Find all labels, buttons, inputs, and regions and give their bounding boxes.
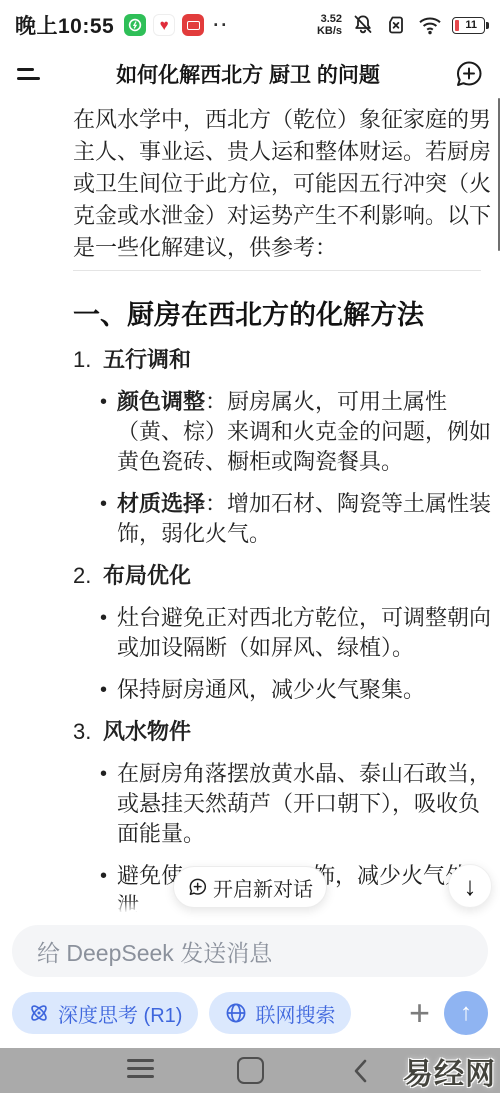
bullet-dot-icon: • (100, 603, 117, 663)
chat-header: 如何化解西北方 厨卫 的问题 (0, 50, 500, 98)
bullet-dot-icon: • (100, 861, 117, 912)
screen: 晚上10:55 ♥ ·· 3.52 KB/s 11 (0, 0, 500, 1093)
deepthink-toggle[interactable]: 深度思考 (R1) (12, 992, 198, 1034)
assistant-message: 在风水学中，西北方（乾位）象征家庭的男 主人、事业运、贵人运和整体财运。若厨房 … (0, 98, 500, 912)
atom-icon (28, 1002, 50, 1024)
bullet-dot-icon: • (100, 387, 117, 477)
bullet-item: • 灶台避免正对西北方乾位，可调整朝向 或加设隔断（如屏风、绿植）。 (73, 603, 495, 663)
scroll-to-bottom-button[interactable]: ↓ (448, 864, 492, 908)
speed-app-icon (124, 14, 146, 36)
divider (73, 270, 481, 271)
bullet-item: • 材质选择：增加石材、陶瓷等土属性装 饰，弱化火气。 (73, 489, 495, 549)
new-chat-label: 开启新对话 (213, 873, 313, 902)
section-heading: 一、厨房在西北方的化解方法 (73, 297, 495, 333)
back-chevron-icon[interactable] (352, 1058, 368, 1084)
bullet-dot-icon: • (100, 759, 117, 849)
notification-dots: ·· (213, 15, 229, 36)
web-search-toggle[interactable]: 联网搜索 (209, 992, 351, 1034)
send-button[interactable]: ↑ (444, 991, 488, 1035)
new-chat-button[interactable]: 开启新对话 (173, 866, 327, 908)
clock: 晚上10:55 (15, 10, 114, 40)
mute-bell-icon (351, 13, 375, 37)
bullet-item: • 颜色调整：厨房属火，可用土属性 （黄、棕）来调和火克金的问题，例如 黄色瓷砖… (73, 387, 495, 477)
item-number: 3. (73, 717, 103, 747)
status-indicators: 3.52 KB/s 11 (317, 13, 485, 37)
bullet-item: • 保持厨房通风，减少火气聚集。 (73, 675, 495, 705)
battery-icon: 11 (452, 17, 485, 34)
heart-app-icon: ♥ (153, 14, 175, 36)
message-input[interactable]: 给 DeepSeek 发送消息 (12, 925, 488, 977)
arrow-down-icon: ↓ (464, 871, 477, 902)
item-number: 1. (73, 345, 103, 375)
attach-plus-button[interactable]: + (395, 995, 444, 1031)
status-bar: 晚上10:55 ♥ ·· 3.52 KB/s 11 (0, 0, 500, 50)
wifi-icon (417, 14, 443, 36)
bullet-dot-icon: • (100, 489, 117, 549)
bullet-item: • 在厨房角落摆放黄水晶、泰山石敢当， 或悬挂天然葫芦（开口朝下），吸收负 面能… (73, 759, 495, 849)
new-chat-icon[interactable] (453, 59, 483, 89)
input-placeholder: 给 DeepSeek 发送消息 (37, 935, 272, 968)
item-title: 布局优化 (103, 561, 191, 591)
home-square-icon[interactable] (237, 1057, 264, 1084)
globe-icon (225, 1002, 247, 1024)
system-nav-bar: 易经网 (0, 1048, 500, 1093)
chat-bubble-plus-icon (187, 877, 207, 897)
recents-menu-icon[interactable] (127, 1059, 154, 1081)
network-speed: 3.52 KB/s (317, 13, 342, 37)
list-item: 2. 布局优化 • 灶台避免正对西北方乾位，可调整朝向 或加设隔断（如屏风、绿植… (73, 561, 495, 705)
item-title: 五行调和 (103, 345, 191, 375)
composer-toolbar: 深度思考 (R1) 联网搜索 + ↑ (12, 992, 488, 1034)
intro-paragraph: 在风水学中，西北方（乾位）象征家庭的男 主人、事业运、贵人运和整体财运。若厨房 … (73, 104, 495, 264)
deepthink-label: 深度思考 (R1) (58, 999, 182, 1028)
arrow-up-icon: ↑ (460, 999, 472, 1027)
web-search-label: 联网搜索 (255, 999, 335, 1028)
red-app-icon (182, 14, 204, 36)
chat-title: 如何化解西北方 厨卫 的问题 (43, 59, 453, 89)
item-title: 风水物件 (103, 717, 191, 747)
bullet-dot-icon: • (100, 675, 117, 705)
item-number: 2. (73, 561, 103, 591)
list-item: 1. 五行调和 • 颜色调整：厨房属火，可用土属性 （黄、棕）来调和火克金的问题… (73, 345, 495, 549)
watermark: 易经网 (403, 1049, 496, 1093)
sidebar-menu-icon[interactable] (17, 67, 43, 81)
no-sim-icon (384, 13, 408, 37)
